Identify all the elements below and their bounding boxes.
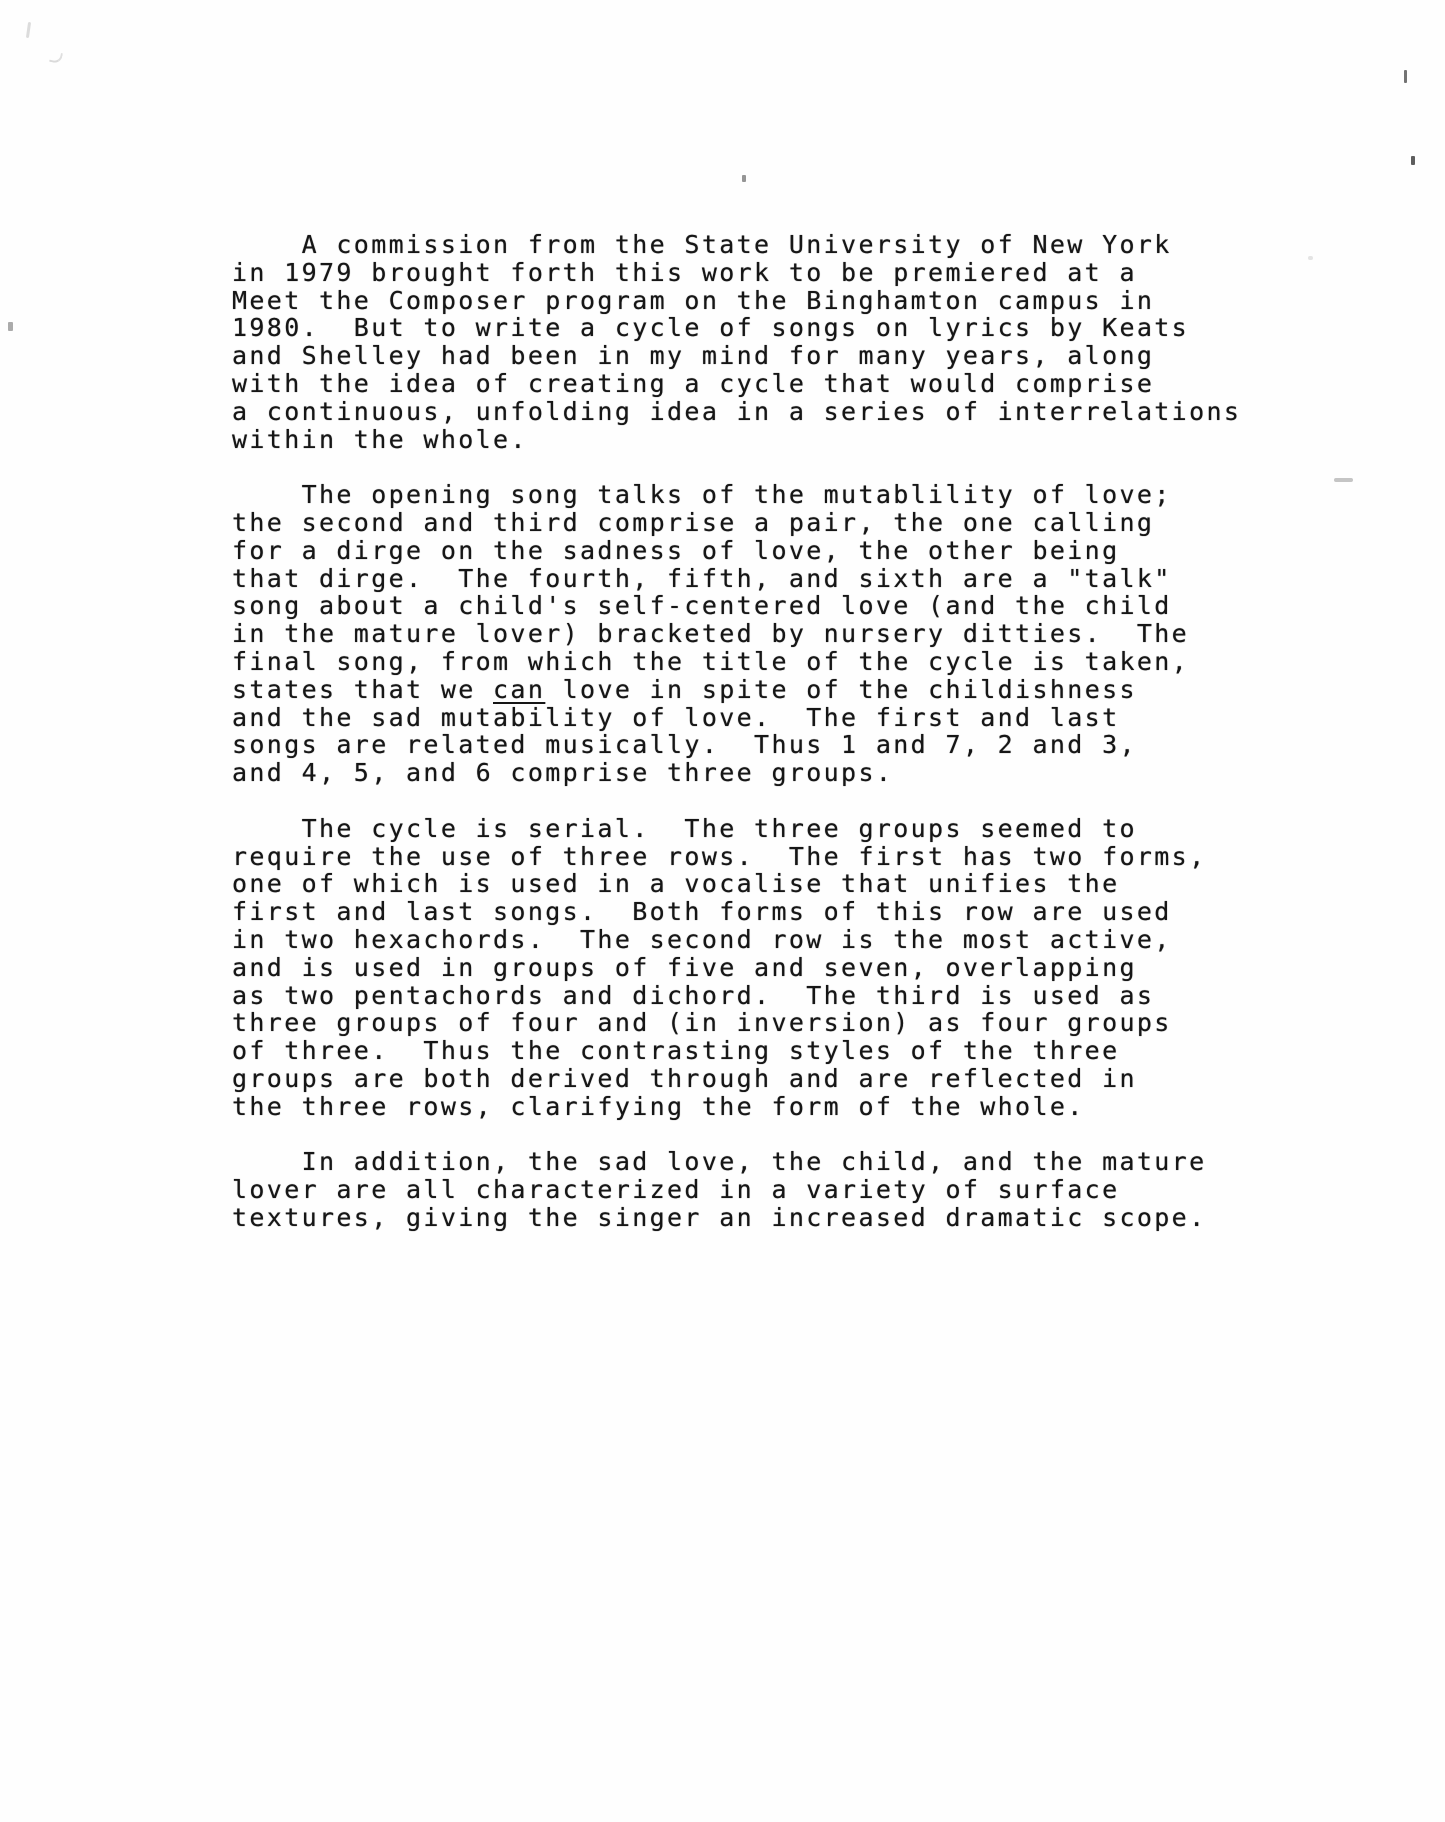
paragraph: In addition, the sad love, the child, an… [232,1148,1292,1231]
text-line: one of which is used in a vocalise that … [232,870,1292,898]
text-line: songs are related musically. Thus 1 and … [232,731,1292,759]
text-line: in 1979 brought forth this work to be pr… [232,259,1292,287]
text-line: and the sad mutability of love. The firs… [232,704,1292,732]
smudge-mark [49,51,63,64]
text-line: groups are both derived through and are … [232,1065,1292,1093]
underlined-word: can [493,675,545,704]
document-page: A commission from the State University o… [0,0,1445,1822]
ink-speck [1411,156,1415,165]
text-line: in two hexachords. The second row is the… [232,926,1292,954]
text-line: as two pentachords and dichord. The thir… [232,982,1292,1010]
text-line: within the whole. [232,426,1292,454]
text-line: textures, giving the singer an increased… [232,1204,1292,1232]
paragraph: The opening song talks of the mutablilit… [232,481,1292,787]
text-line: The cycle is serial. The three groups se… [232,815,1292,843]
text-line: of three. Thus the contrasting styles of… [232,1037,1292,1065]
text-line: require the use of three rows. The first… [232,843,1292,871]
ink-speck [1404,70,1407,83]
paragraph: The cycle is serial. The three groups se… [232,815,1292,1121]
text-line: song about a child's self-centered love … [232,592,1292,620]
text-line: A commission from the State University o… [232,231,1292,259]
ink-speck [8,322,13,331]
text-line: three groups of four and (in inversion) … [232,1009,1292,1037]
text-line: the second and third comprise a pair, th… [232,509,1292,537]
text-line: in the mature lover) bracketed by nurser… [232,620,1292,648]
text-line: final song, from which the title of the … [232,648,1292,676]
text-line: In addition, the sad love, the child, an… [232,1148,1292,1176]
stray-dash-mark [1334,478,1353,482]
text-line: lover are all characterized in a variety… [232,1176,1292,1204]
text-line: states that we can love in spite of the … [232,676,1292,704]
text-line: and Shelley had been in my mind for many… [232,342,1292,370]
paragraph: A commission from the State University o… [232,231,1292,453]
text-line: the three rows, clarifying the form of t… [232,1093,1292,1121]
smudge-mark [26,22,31,38]
text-line: and 4, 5, and 6 comprise three groups. [232,759,1292,787]
text-line: The opening song talks of the mutablilit… [232,481,1292,509]
text-line: that dirge. The fourth, fifth, and sixth… [232,565,1292,593]
text-line: first and last songs. Both forms of this… [232,898,1292,926]
text-line: 1980. But to write a cycle of songs on l… [232,314,1292,342]
text-line: with the idea of creating a cycle that w… [232,370,1292,398]
text-line: Meet the Composer program on the Bingham… [232,287,1292,315]
text-line: for a dirge on the sadness of love, the … [232,537,1292,565]
ink-speck [742,175,746,182]
text-line: a continuous, unfolding idea in a series… [232,398,1292,426]
document-text: A commission from the State University o… [232,231,1292,1232]
text-line: and is used in groups of five and seven,… [232,954,1292,982]
ink-speck [1308,256,1313,260]
